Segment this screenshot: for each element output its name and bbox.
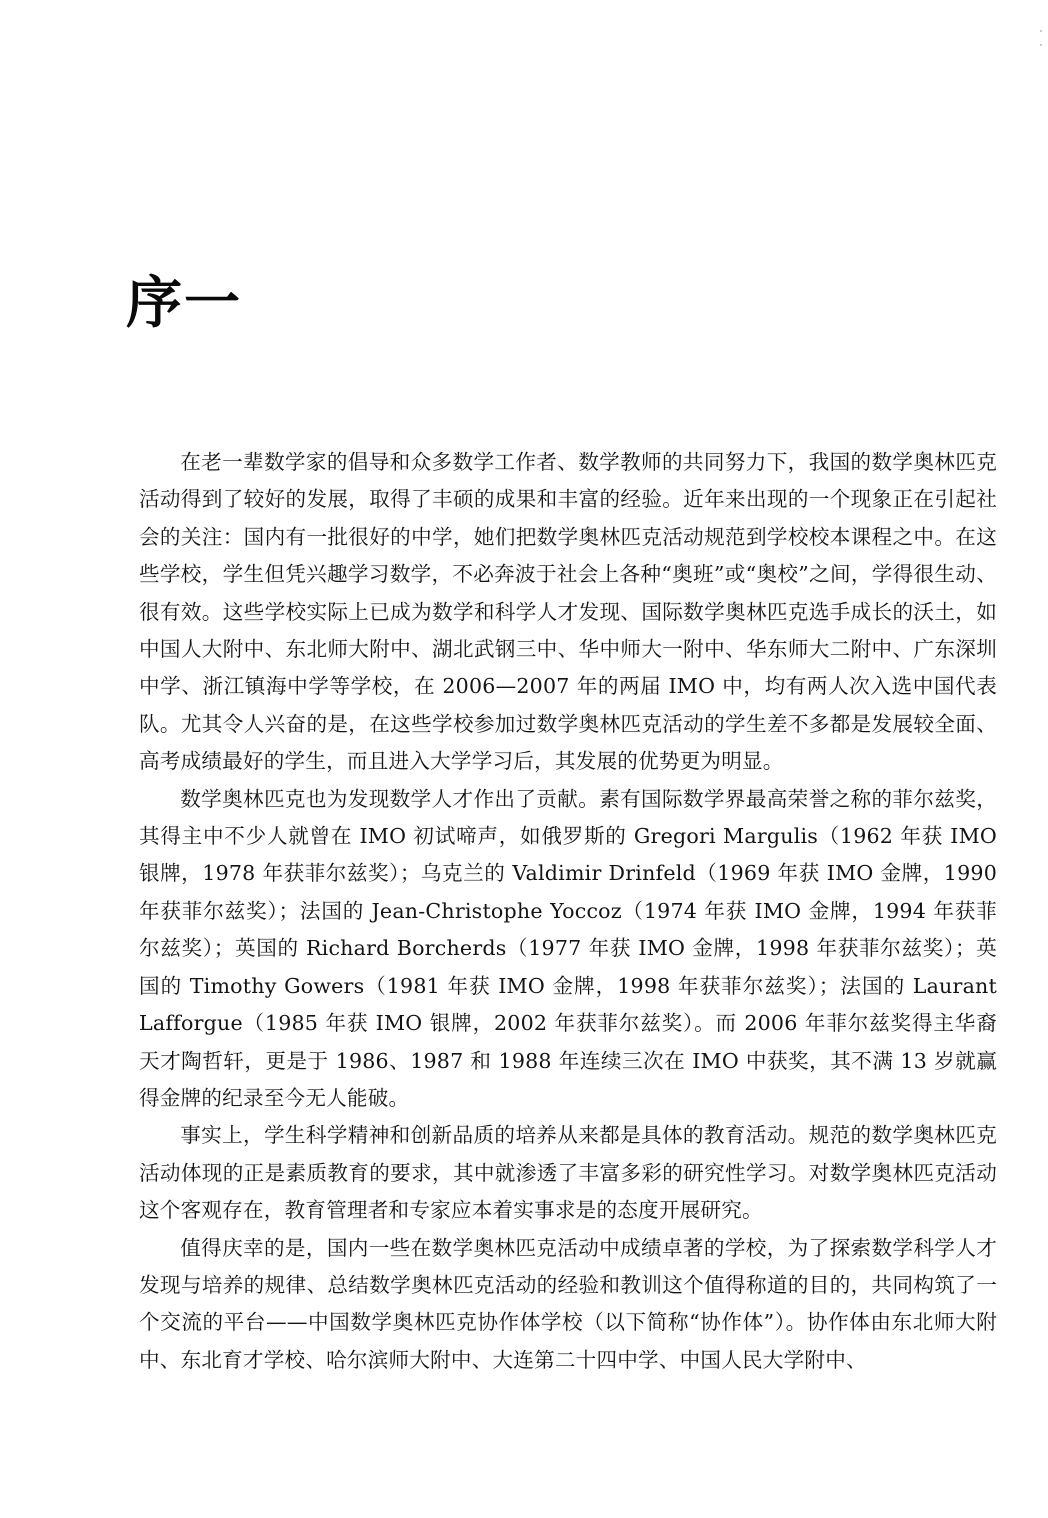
paragraph-3: 事实上，学生科学精神和创新品质的培养从来都是具体的教育活动。规范的数学奥林匹克活… <box>139 1117 997 1229</box>
body-text: 在老一辈数学家的倡导和众多数学工作者、数学教师的共同努力下，我国的数学奥林匹克活… <box>139 444 997 1379</box>
scan-speck <box>1040 30 1042 32</box>
paragraph-1: 在老一辈数学家的倡导和众多数学工作者、数学教师的共同努力下，我国的数学奥林匹克活… <box>139 444 997 781</box>
paragraph-4: 值得庆幸的是，国内一些在数学奥林匹克活动中成绩卓著的学校，为了探索数学科学人才发… <box>139 1230 997 1380</box>
book-page: 序一 在老一辈数学家的倡导和众多数学工作者、数学教师的共同努力下，我国的数学奥林… <box>0 0 1048 1518</box>
page-title: 序一 <box>126 276 242 332</box>
scan-speck <box>1040 44 1042 46</box>
paragraph-2: 数学奥林匹克也为发现数学人才作出了贡献。素有国际数学界最高荣誉之称的菲尔兹奖，其… <box>139 781 997 1118</box>
